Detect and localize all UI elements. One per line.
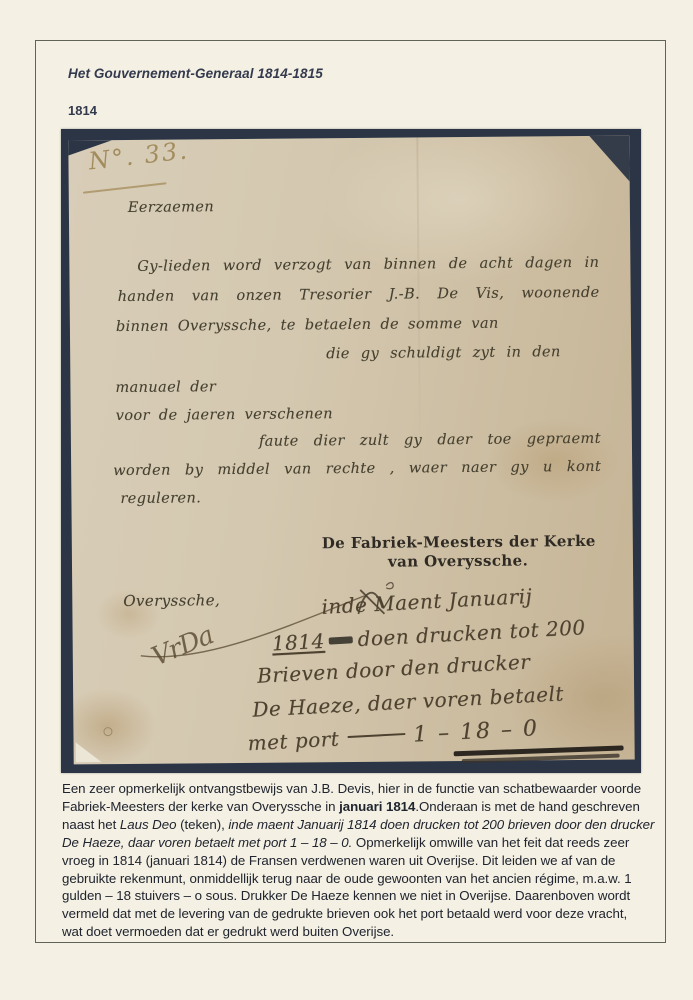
caption-line: gulden – 18 stuivers – o sous. Drukker D… [62,887,650,905]
handwritten-line-4: De Haeze, daer voren betaelt [252,681,565,721]
year-label: 1814 [68,103,97,118]
salutation-line: Eerzaemen [128,199,214,216]
paper-corner-shadow [589,136,629,182]
handwritten-line-1: inde Maent Januarij [321,584,533,619]
printed-line-8: worden by middel van rechte , waer naer … [113,459,601,479]
paper-crease [416,137,421,480]
printed-line-6: voor de jaeren verschenen [116,406,333,424]
document-paper: N°. 33. Eerzaemen Gy-lieden word verzogt… [68,136,634,765]
caption-line: gebruikte rekenmunt, onmiddellijk terug … [62,870,650,888]
document-scan: N°. 33. Eerzaemen Gy-lieden word verzogt… [61,129,641,773]
handwritten-amount: 1 – 18 – 0 [412,716,539,748]
caption-line: naast het Laus Deo (teken), inde maent J… [62,816,650,834]
handwritten-line-2-rest: doen drucken tot 200 [357,615,586,651]
handwritten-line-3: Brieven door den drucker [256,649,530,687]
caption-line: De Haeze, daar voren betaelt met port 1 … [62,834,650,852]
printed-line-7: faute dier zult gy daer toe gepraemt [259,431,601,450]
signature-line-1: De Fabriek-Meesters der Kerke [322,532,596,552]
paper-torn-chip [76,742,102,762]
printed-line-5: manuael der [115,379,216,396]
place-line: Overyssche, [123,591,220,610]
caption-line: vroeg in 1814 (januari 1814) de Fransen … [62,852,650,870]
caption-line: wat doet vermoeden dat er gedrukt werd b… [62,923,650,941]
ink-dot-mark [103,727,112,736]
signature-line-2: van Overyssche. [388,551,528,570]
caption-line: Een zeer opmerkelijk ontvangstbewijs van… [62,780,650,798]
caption-line: Fabriek-Meesters der kerke van Overyssch… [62,798,650,816]
printed-line-3: binnen Overyssche, te betaelen de somme … [116,316,499,335]
caption-block: Een zeer opmerkelijk ontvangstbewijs van… [62,780,650,941]
ink-blot [329,636,353,644]
annotation-underline [83,182,167,193]
handwritten-year: 1814 [271,629,325,656]
printed-line-4: die gy schuldigt zyt in den [326,344,561,362]
printed-line-1: Gy-lieden word verzogt van binnen de ach… [137,255,599,275]
handwritten-line-5-text: met port [247,726,340,755]
annotation-number: N°. 33. [87,136,190,175]
printed-line-2: handen van onzen Tresorier J.-B. De Vis,… [118,285,600,305]
printed-line-9: reguleren. [120,490,201,507]
paraaf-flourish: VrDa [147,620,217,672]
caption-line: vermeld dat met de levering van de gedru… [62,905,650,923]
handwritten-line-2: 1814doen drucken tot 200 [271,615,586,655]
handwritten-dash [347,733,405,739]
page-title: Het Gouvernement-Generaal 1814-1815 [68,66,323,81]
